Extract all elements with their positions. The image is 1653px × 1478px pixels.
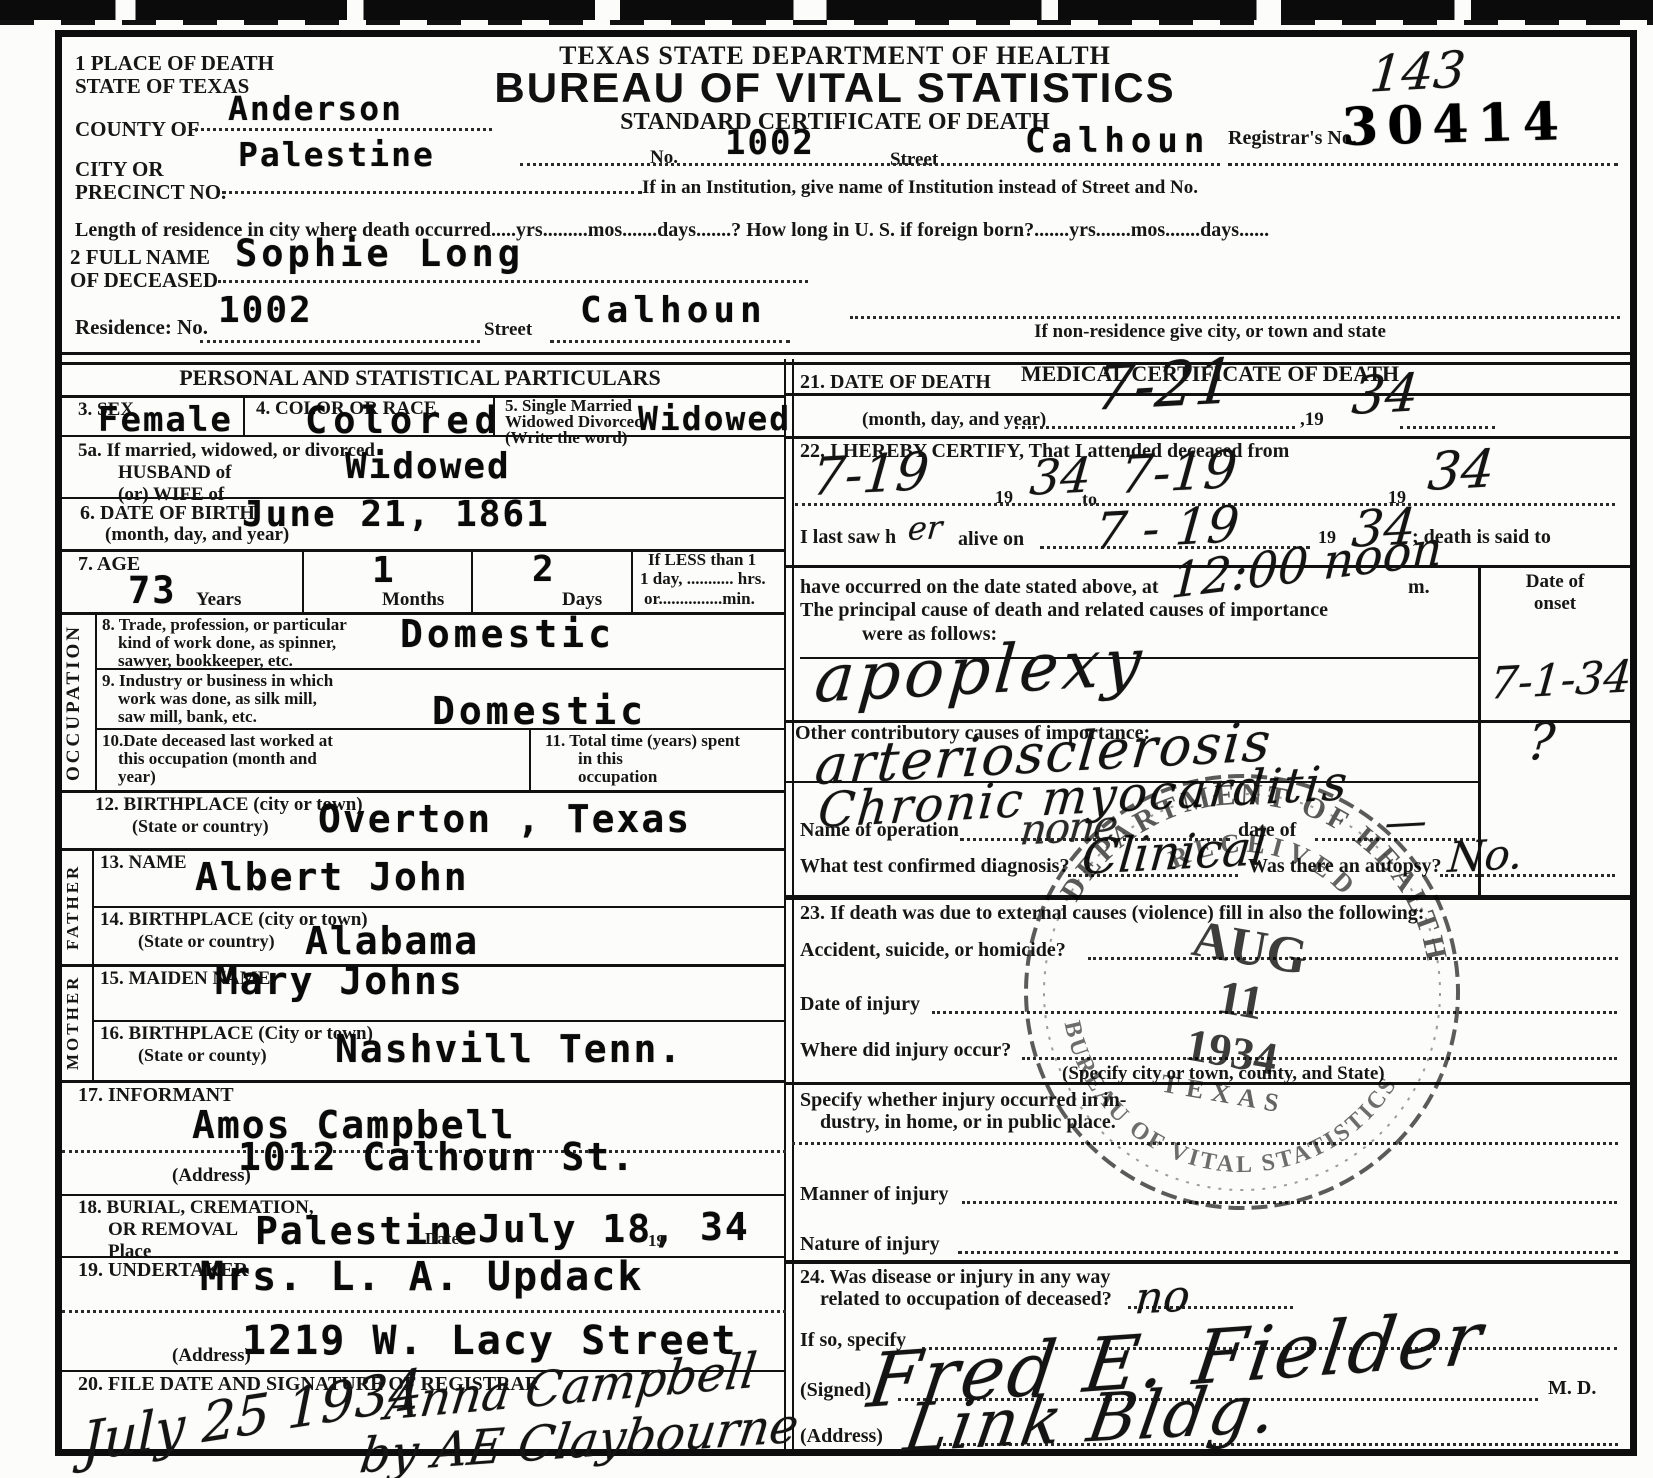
certify-to-label: to — [1082, 490, 1097, 509]
rule — [62, 790, 786, 793]
registrar-no-handwritten: 143 — [1368, 43, 1468, 101]
burial-year-label: 19 — [648, 1232, 665, 1250]
nonresidence-note: If non-residence give city, or town and … — [900, 322, 1520, 342]
cell-divider — [493, 397, 495, 435]
rule — [95, 668, 786, 670]
street-value: Calhoun — [1025, 124, 1210, 160]
trade-label-2: kind of work done, as spinner, — [118, 634, 336, 652]
physician-address-handwritten: Link Bldg. — [900, 1374, 1284, 1464]
cell-divider — [302, 549, 304, 612]
mother-side-label: MOTHER — [64, 970, 82, 1074]
dod-value: 7-21 — [1092, 348, 1237, 421]
residence-no: 1002 — [218, 292, 313, 330]
cell-divider — [529, 728, 531, 790]
trade-label-1: 8. Trade, profession, or particular — [102, 616, 347, 634]
trade-value: Domestic — [400, 615, 615, 655]
age-less-note-1: If LESS than 1 — [648, 551, 756, 569]
place-of-death-title: 1 PLACE OF DEATH — [75, 52, 274, 74]
group-divider — [92, 964, 94, 1080]
age-less-note-3: or...............min. — [644, 590, 755, 608]
age-months-label: Months — [382, 590, 444, 610]
cell-divider — [471, 549, 473, 612]
age-days-value: 2 — [532, 551, 556, 589]
occurred-label-2: m. — [1408, 577, 1430, 598]
last-worked-label-3: year) — [118, 768, 156, 786]
birthplace-value: Overton , Texas — [318, 800, 691, 840]
county-label: COUNTY OF — [75, 118, 200, 140]
dod-year-value: 34 — [1350, 366, 1421, 424]
physician-address-label: (Address) — [800, 1426, 883, 1447]
injury-manner-label: Manner of injury — [800, 1184, 949, 1205]
certify-yr2: 34 — [1426, 442, 1497, 500]
cell-divider — [631, 549, 633, 612]
residence-leader-2 — [550, 340, 790, 343]
rule — [62, 1194, 786, 1196]
husband-value: Widowed — [345, 448, 511, 486]
dod-label-1: 21. DATE OF DEATH — [800, 372, 991, 393]
fullname-label-1: 2 FULL NAME — [70, 246, 210, 268]
rule — [62, 1080, 786, 1083]
street-no-value: 1002 — [725, 126, 815, 162]
occupation-side-label: OCCUPATION — [64, 618, 84, 786]
nonresidence-leader — [850, 316, 1620, 319]
fullname-value: Sophie Long — [235, 235, 524, 274]
rule — [95, 728, 786, 730]
stamp-day: 11 — [1214, 970, 1268, 1030]
residence-leader-1 — [200, 340, 480, 343]
total-time-label-2: in this — [578, 750, 623, 768]
injury-date-label: Date of injury — [800, 994, 920, 1015]
burial-year-value: 34 — [700, 1208, 750, 1248]
group-divider — [95, 612, 97, 790]
rule — [62, 848, 786, 851]
industry-label-1: 9. Industry or business in which — [102, 672, 333, 690]
informant-address-value: 1012 Calhoun St. — [238, 1138, 636, 1178]
fullname-label-2: OF DECEASED — [70, 269, 218, 291]
cause-of-death-1: apoplexy — [812, 627, 1148, 714]
industry-label-3: saw mill, bank, etc. — [118, 708, 257, 726]
father-name-label: 13. NAME — [100, 853, 187, 873]
certificate-number-stamp: 30414 — [1341, 95, 1568, 155]
rule — [62, 435, 786, 437]
mother-birthplace-label-1: 16. BIRTHPLACE (City or town) — [100, 1024, 373, 1044]
state-label: STATE OF TEXAS — [75, 75, 249, 97]
certify-to: 7-19 — [1118, 443, 1239, 504]
death-certificate-scan: 1 PLACE OF DEATH STATE OF TEXAS COUNTY O… — [0, 0, 1653, 1478]
rule — [92, 906, 786, 908]
mother-birthplace-label-2: (State or county) — [138, 1046, 267, 1065]
age-days-label: Days — [562, 590, 602, 610]
cell-divider — [243, 397, 245, 435]
certify-from: 7-19 — [810, 445, 931, 506]
onset-header-1: Date of — [1482, 572, 1628, 592]
total-time-label-1: 11. Total time (years) spent — [545, 732, 740, 750]
county-value: Anderson — [228, 92, 403, 127]
institution-note: If in an Institution, give name of Insti… — [580, 178, 1260, 198]
residence-street: Calhoun — [580, 292, 767, 330]
injury-where-label: Where did injury occur? — [800, 1040, 1011, 1061]
father-birthplace-value: Alabama — [305, 922, 479, 962]
cause-1-onset-date: 7-1-34 — [1488, 654, 1634, 708]
scan-artifact-dashes — [0, 20, 1653, 25]
dod-year-label: ,19 — [1300, 410, 1324, 430]
undertaker-address-label: (Address) — [172, 1346, 251, 1366]
age-years-value: 73 — [128, 572, 177, 611]
dod-leader — [1015, 426, 1295, 429]
fullname-leader — [218, 280, 808, 283]
residence-label: Residence: No. — [75, 316, 208, 338]
street-label: Street — [890, 150, 938, 170]
column-divider — [784, 359, 794, 1449]
husband-label-1: 5a. If married, widowed, or divorced — [78, 441, 375, 461]
last-saw-her: er — [907, 511, 944, 547]
q24-label-1: 24. Was disease or injury in any way — [800, 1267, 1110, 1288]
city-value: Palestine — [238, 138, 435, 173]
father-birthplace-label-2: (State or country) — [138, 932, 275, 951]
city-label-2: PRECINCT NO. — [75, 181, 226, 203]
dob-value: June 21, 1861 — [242, 496, 550, 534]
q24-label-2: related to occupation of deceased? — [820, 1289, 1112, 1310]
operation-label-1: Name of operation — [800, 820, 959, 841]
onset-header-2: onset — [1482, 594, 1628, 614]
birthplace-label-2: (State or country) — [132, 817, 269, 836]
burial-date-label: Date — [425, 1230, 459, 1248]
street-leader — [520, 163, 1220, 166]
undertaker-leader — [62, 1310, 786, 1313]
dob-label-1: 6. DATE OF BIRTH — [80, 503, 255, 524]
left-section-title: PERSONAL AND STATISTICAL PARTICULARS — [100, 366, 740, 389]
injury-nature-label: Nature of injury — [800, 1234, 940, 1255]
mother-maiden-value: Mary Johns — [215, 962, 464, 1002]
county-leader — [182, 128, 492, 131]
last-worked-label-1: 10.Date deceased last worked at — [102, 732, 333, 750]
residence-street-label: Street — [484, 320, 532, 340]
burial-label-2: OR REMOVAL — [108, 1220, 238, 1240]
injury-nature-leader — [958, 1251, 1618, 1254]
age-months-value: 1 — [372, 552, 396, 590]
marital-label-3: (Write the word) — [505, 429, 627, 447]
dod-leader-2 — [1400, 426, 1495, 429]
sex-value: Female — [98, 403, 233, 439]
registrar-leader — [1228, 163, 1618, 166]
husband-label-2: HUSBAND of — [118, 463, 231, 483]
signed-label: (Signed) — [800, 1380, 871, 1401]
last-saw-label-2: alive on — [958, 529, 1024, 550]
last-worked-label-2: this occupation (month and — [118, 750, 317, 768]
industry-label-2: work was done, as silk mill, — [118, 690, 317, 708]
city-leader — [222, 191, 642, 194]
age-less-note-2: 1 day, ........... hrs. — [640, 570, 766, 588]
city-label-1: CITY OR — [75, 158, 163, 180]
received-stamp-svg: DEPARTMENT OF HEALTH RECEIVED AUG 11 193… — [964, 714, 1520, 1270]
rule — [786, 1260, 1630, 1264]
scan-artifact-bar — [0, 0, 1653, 20]
principal-cause-label-1: The principal cause of death and related… — [800, 600, 1328, 621]
md-label: M. D. — [1548, 1378, 1596, 1399]
received-stamp: DEPARTMENT OF HEALTH RECEIVED AUG 11 193… — [964, 714, 1520, 1270]
total-time-label-3: occupation — [578, 768, 657, 786]
mother-birthplace-value: Nashvill Tenn. — [335, 1030, 683, 1070]
father-name-value: Albert John — [195, 858, 469, 898]
rule — [92, 1020, 786, 1022]
industry-value: Domestic — [432, 692, 647, 732]
bureau-header: BUREAU OF VITAL STATISTICS — [490, 66, 1180, 110]
marital-value: Widowed — [638, 402, 791, 437]
registrar-no-label: Registrar's No. — [1228, 128, 1357, 149]
cause-2-onset: ? — [1526, 715, 1557, 769]
rule — [786, 436, 1630, 439]
last-saw-label-1: I last saw h — [800, 527, 896, 548]
father-side-label: FATHER — [64, 854, 82, 960]
occurred-label-1: have occurred on the date stated above, … — [800, 577, 1158, 598]
undertaker-value: Mrs. L. A. Updack — [200, 1256, 643, 1298]
age-years-label: Years — [196, 590, 241, 610]
